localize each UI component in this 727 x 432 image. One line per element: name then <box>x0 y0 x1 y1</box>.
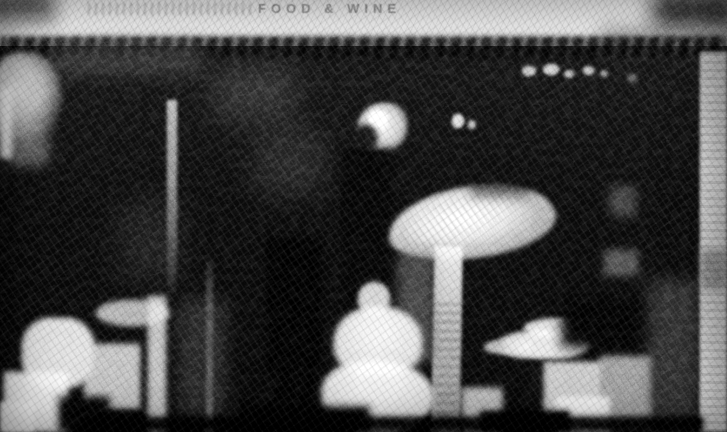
parasol-pole-mottle <box>433 300 461 432</box>
string-light <box>522 66 536 76</box>
string-light <box>564 70 574 78</box>
interior-light <box>452 114 464 128</box>
sign-illegible-prefix <box>88 3 252 15</box>
ground-shadow-band <box>84 416 704 432</box>
faint-mark-right <box>610 186 636 216</box>
string-light <box>600 70 608 77</box>
right-wall-notch <box>700 250 727 290</box>
window-reflection <box>215 65 295 120</box>
interior-light <box>468 120 476 129</box>
cafe-storefront-photo: FOOD & WINE <box>0 0 727 432</box>
ground-shadow-band <box>250 406 370 432</box>
window-reflection <box>120 200 180 280</box>
left-edge-highlight <box>0 88 12 158</box>
parasol-shadow-notch <box>470 168 530 196</box>
window-reflection <box>255 130 325 195</box>
gray-column-right <box>648 280 700 432</box>
interior-light-faint <box>627 74 637 82</box>
right-wall-edge-hatch <box>700 52 727 432</box>
sign-text: FOOD & WINE <box>258 1 401 17</box>
faint-mark-right <box>604 250 638 276</box>
foliage-shadow <box>8 120 48 165</box>
walking-figure-silhouette <box>266 238 322 368</box>
string-light <box>543 64 559 75</box>
under-awning-glow <box>52 44 202 74</box>
chair-back-highlight <box>148 296 166 432</box>
dark-under-table <box>560 300 650 348</box>
string-light <box>583 66 594 75</box>
ground-shadow-band <box>480 410 570 432</box>
awning-shadow-left-corner <box>0 0 55 22</box>
corner-highlight <box>0 402 34 432</box>
mid-gray-mass <box>178 300 226 420</box>
